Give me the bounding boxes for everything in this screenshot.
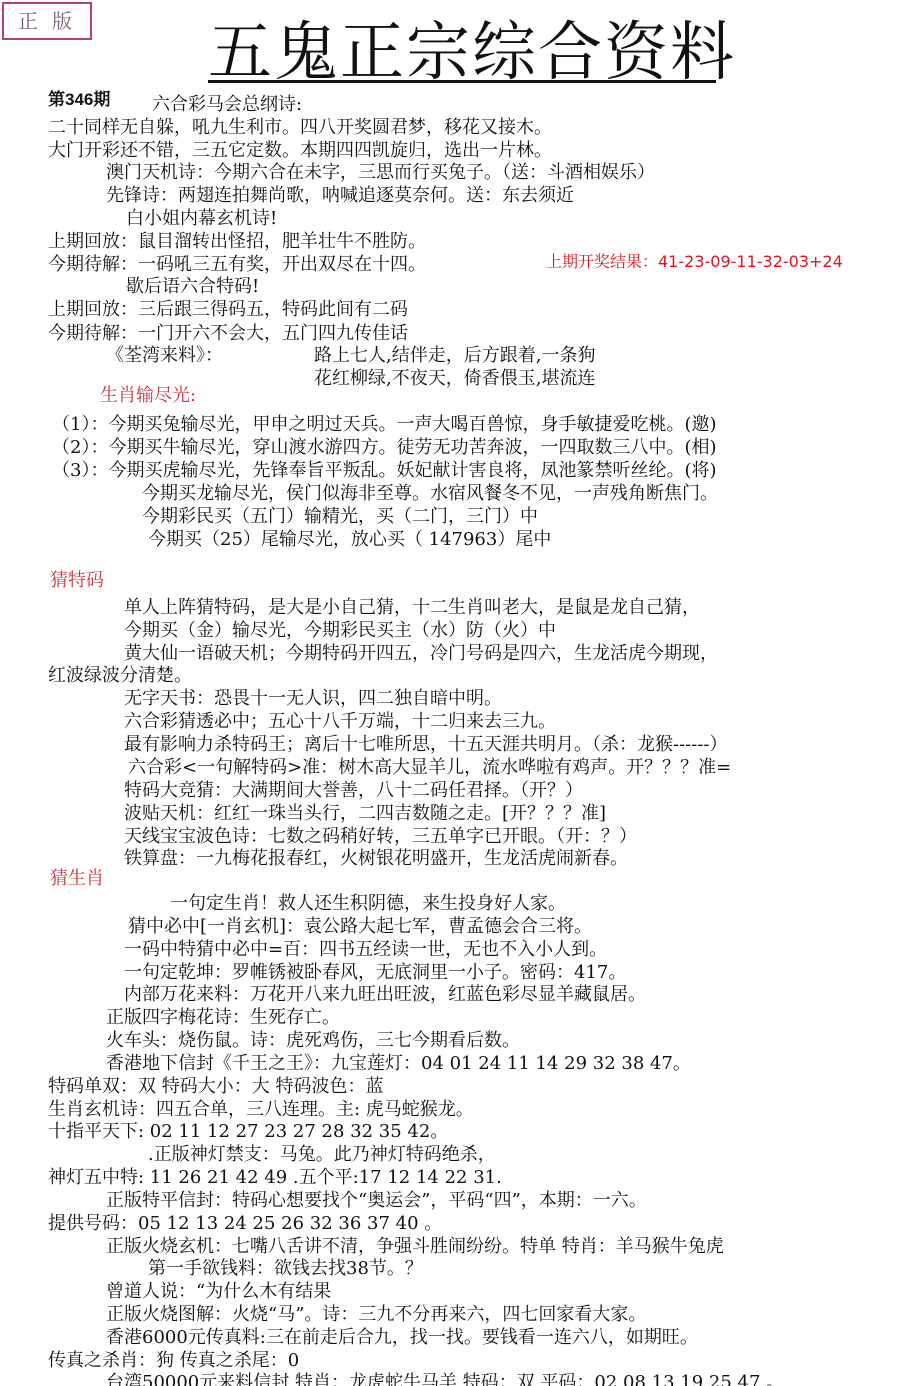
text-line: 香港6000元传真料:三在前走后合九，找一找。要钱看一连六八，如期旺。 <box>106 1327 698 1349</box>
text-line: 六合彩猜透必中；五心十八千万端，十二归来去三九。 <box>124 711 556 733</box>
text-line: 提供号码：05 12 13 24 25 26 32 36 37 40 。 <box>48 1213 442 1235</box>
text-line: 特码大竞猜：大满期间大誉善，八十二码任君择。（开？） <box>124 780 583 802</box>
text-line: 花红柳绿,不夜天，倚香偎玉,堪流连 <box>314 368 595 390</box>
text-line: 歇后语六合特码! <box>126 276 259 298</box>
text-line: （2）：今期买牛输尽光，穿山渡水游四方。徒劳无功苦奔波，一四取数三八中。(相) <box>52 437 717 459</box>
text-line: 上期回放：三后跟三得码五，特码此间有二码 <box>48 299 408 321</box>
text-line: 猜中必中[一肖玄机]：袁公路大起七军，曹孟德会合三将。 <box>128 916 592 938</box>
text-line: 白小姐内幕玄机诗! <box>126 208 277 230</box>
text-line: 今期买（25）尾输尽光，放心买（ 147963）尾中 <box>148 529 551 551</box>
text-line: 一句定乾坤：罗帷锈被卧春风，无底洞里一小子。密码：417。 <box>124 962 626 984</box>
authentic-stamp: 正 版 <box>2 2 92 40</box>
text-line: 《荃湾来料》： <box>106 345 223 367</box>
text-line: （1）：今期买兔输尽光，甲申之明过天兵。一声大喝百兽惊，身手敏捷爱吃桃。(邀) <box>52 414 717 436</box>
text-line: 今期彩民买（五门）输精光，买（二门，三门）中 <box>142 506 538 528</box>
title-underline <box>208 80 716 83</box>
text-line: 无字天书：恐畏十一无人识，四二独自暗中明。 <box>124 688 502 710</box>
text-line: 六合彩马会总纲诗: <box>152 94 302 116</box>
text-line: .正版神灯禁支：马兔。此乃神灯特码绝杀， <box>148 1144 496 1166</box>
text-line: 今期买龙输尽光，侯门似海非至尊。水宿风餐冬不见，一声残角断焦门。 <box>142 483 718 505</box>
text-line: 路上七人,结伴走，后方跟着,一条狗 <box>314 345 595 367</box>
text-line: 今期买（金）输尽光，今期彩民买主（水）防（火）中 <box>124 620 556 642</box>
text-line: 六合彩<一句解特码>准：树木高大显羊儿，流水哗啦有鸡声。开？？？准= <box>128 757 731 779</box>
section-heading-shengxiao-lose: 生肖输尽光: <box>100 385 196 407</box>
text-line: 正版火烧玄机：七嘴八舌讲不清，争强斗胜闹纷纷。特单 特肖：羊马猴牛兔虎 <box>106 1236 724 1258</box>
text-line: 今期待解：一码吼三五有奖，开出双尽在十四。 <box>48 254 426 276</box>
text-line: 单人上阵猜特码，是大是小自己猜，十二生肖叫老大，是鼠是龙自己猜， <box>124 597 700 619</box>
text-line: 二十同样无自躲，吼九生利市。四八开奖圆君梦，移花又接木。 <box>48 117 552 139</box>
text-line: 香港地下信封《千王之王》：九宝莲灯：04 01 24 11 14 29 32 3… <box>106 1053 691 1075</box>
text-line: 火车头：烧伤鼠。诗：虎死鸡伤，三七今期看后数。 <box>106 1030 520 1052</box>
text-line: 第一手欲钱料：欲钱去找38节。？ <box>148 1258 423 1280</box>
text-line: 神灯五中特: 11 26 21 42 49 .五个平:17 12 14 22 3… <box>48 1167 502 1189</box>
page-title: 五鬼正宗综合资料 <box>208 18 724 88</box>
text-line: 澳门天机诗：今期六合在未字，三思而行买兔子。（送：斗酒相娱乐） <box>106 162 655 184</box>
text-line: 正版火烧图解：火烧“马”。诗：三九不分再来六，四七回家看大家。 <box>106 1304 646 1326</box>
text-line: 传真之杀肖：狗 传真之杀尾：0 <box>48 1350 299 1372</box>
text-line: 大门开彩还不错，三五它定数。本期四四凯旋归，选出一片林。 <box>48 140 552 162</box>
section-heading-guess-tema: 猜特码 <box>50 570 104 592</box>
text-line: 上期回放：鼠目溜转出怪招，肥羊壮牛不胜防。 <box>48 231 426 253</box>
issue-number: 第346期 <box>48 85 110 110</box>
text-line: 天线宝宝波色诗：七数之码稍好转，三五单字已开眼。（开：？） <box>124 826 637 848</box>
text-line: 先锋诗：两翅连拍舞尚歌，呐喊追逐莫奈何。送：东去须近 <box>106 185 574 207</box>
text-line: 波贴天机：红红一珠当头行，二四吉数随之走。[开？？？准] <box>124 803 606 825</box>
text-line: 今期待解：一门开六不会大，五门四九传佳话 <box>48 323 408 345</box>
text-line: 生肖玄机诗：四五合单，三八连理。主: 虎马蛇猴龙。 <box>48 1099 474 1121</box>
text-line: 铁算盘：一九梅花报春红，火树银花明盛开，生龙活虎闹新春。 <box>124 848 628 870</box>
text-line: 一码中特猜中必中=百：四书五经读一世，无也不入小人到。 <box>124 939 607 961</box>
text-line: 一句定生肖！救人还生积阴德，来生投身好人家。 <box>170 893 566 915</box>
text-line: 台湾50000元来料信封 特肖：龙虎蛇牛马羊 特码：双 平码：02 08 13 … <box>106 1372 784 1386</box>
text-line: 内部万花来料：万花开八来九旺出旺波，红蓝色彩尽显羊藏鼠居。 <box>124 984 646 1006</box>
text-line: 正版四字梅花诗：生死存亡。 <box>106 1007 340 1029</box>
text-line: （3）：今期买虎输尽光，先锋奉旨平叛乱。妖妃献计害良将，凤池篆禁听丝纶。(将) <box>52 460 717 482</box>
section-heading-guess-shengxiao: 猜生肖 <box>50 868 104 890</box>
text-line: 正版特平信封：特码心想要找个“奥运会”，平码“四”，本期：一六。 <box>106 1190 647 1212</box>
last-draw-result: 上期开奖结果：41-23-09-11-32-03+24 <box>546 249 843 272</box>
text-line: 特码单双：双 特码大小：大 特码波色：蓝 <box>48 1076 383 1098</box>
text-line: 曾道人说：“为什么木有结果 <box>106 1281 331 1303</box>
text-line: 红波绿波分清楚。 <box>48 665 192 687</box>
text-line: 十指平天下: 02 11 12 27 23 27 28 32 35 42。 <box>48 1121 448 1143</box>
text-line: 黄大仙一语破天机；今期特码开四五，冷门号码是四六，生龙活虎今期现， <box>124 643 718 665</box>
text-line: 最有影响力杀特码王；离后十七唯所思，十五天涯共明月。（杀：龙猴------） <box>124 734 728 756</box>
